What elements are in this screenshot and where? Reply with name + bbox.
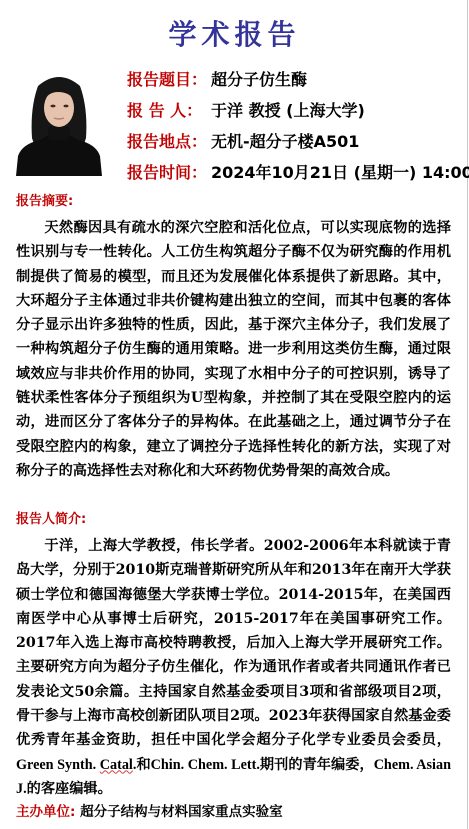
location-label: 报告地点： (127, 126, 211, 157)
time-value: 2024年10月21日 (星期一) 14:00 (211, 163, 469, 182)
talk-info: 报告题目：超分子仿生酶 报 告 人：于洋 教授 (上海大学) 报告地点：无机-超… (127, 64, 469, 188)
topic-label: 报告题目： (127, 64, 211, 95)
organizer-value: 超分子结构与材料国家重点实验室 (75, 804, 282, 820)
journal-chin-chem-lett: Chin. Chem. Lett. (151, 757, 260, 773)
portrait-image-icon (10, 68, 108, 176)
abstract-text: 天然酶因具有疏水的深穴空腔和活化位点，可以实现底物的选择性识别与专一性转化。人工… (16, 216, 451, 483)
location-value: 无机-超分子楼A501 (211, 132, 359, 151)
speaker-label: 报 告 人： (127, 95, 211, 126)
bio-heading: 报告人简介: (16, 508, 86, 527)
journal-green-synth-catal-a: Green Synth. (16, 757, 100, 773)
page-title: 学术报告 (0, 13, 469, 53)
info-row-time: 报告时间：2024年10月21日 (星期一) 14:00 (127, 157, 469, 188)
info-row-topic: 报告题目：超分子仿生酶 (127, 64, 469, 95)
abstract-heading: 报告摘要: (16, 190, 73, 209)
bio-text: 于洋，上海大学教授，伟长学者。2002-2006年本科就读于青岛大学，分别于20… (16, 534, 451, 801)
bio-text-part1: 于洋，上海大学教授，伟长学者。2002-2006年本科就读于青岛大学，分别于20… (16, 538, 451, 748)
bio-and: 和 (136, 757, 150, 773)
info-row-speaker: 报 告 人：于洋 教授 (上海大学) (127, 95, 469, 126)
bio-text-part3: 的客座编辑。 (27, 781, 112, 797)
speaker-value: 于洋 教授 (上海大学) (211, 101, 365, 120)
time-label: 报告时间： (127, 157, 211, 188)
info-row-location: 报告地点：无机-超分子楼A501 (127, 126, 469, 157)
bio-text-part2: 期刊的青年编委， (260, 757, 374, 773)
organizer: 主办单位: 超分子结构与材料国家重点实验室 (16, 800, 283, 820)
topic-value: 超分子仿生酶 (211, 70, 307, 89)
speaker-photo (10, 68, 108, 176)
organizer-label: 主办单位: (16, 804, 75, 820)
journal-green-synth-catal-b: Catal (100, 757, 133, 773)
